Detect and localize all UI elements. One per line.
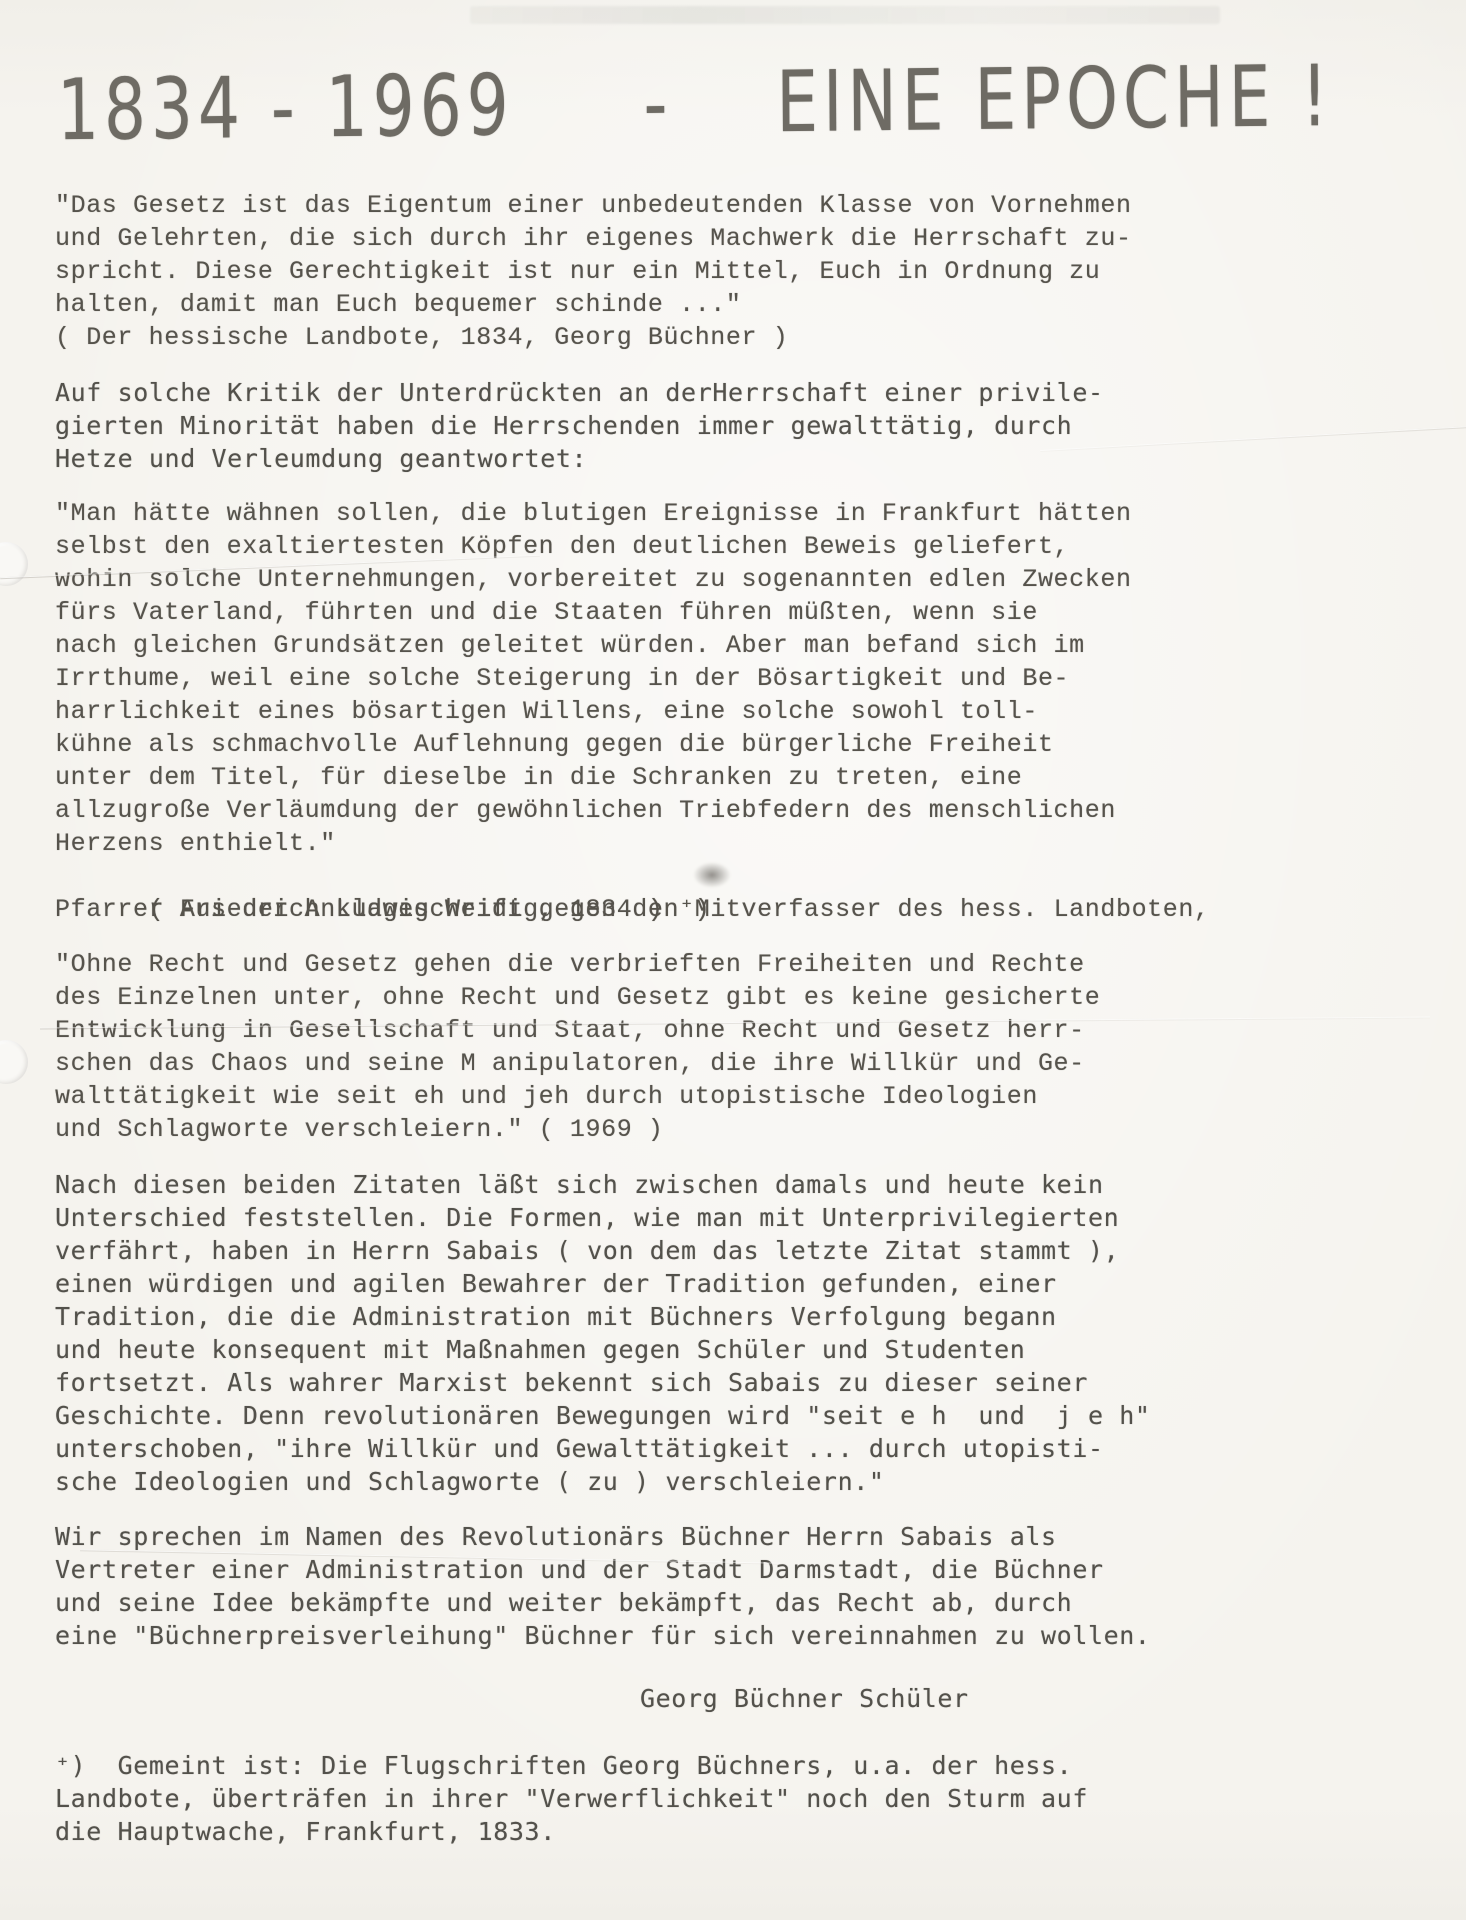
text-line: schen das Chaos und seine M anipulatoren… bbox=[55, 1047, 1411, 1080]
text-line: einen würdigen und agilen Bewahrer der T… bbox=[55, 1267, 1411, 1300]
text-line: Entwicklung in Gesellschaft und Staat, o… bbox=[55, 1014, 1411, 1047]
ink-smudge bbox=[693, 862, 731, 888]
text-line: selbst den exaltiertesten Köpfen den deu… bbox=[55, 530, 1411, 563]
text-line: sche Ideologien und Schlagworte ( zu ) v… bbox=[55, 1465, 1411, 1498]
text-line: ( Aus der Anklageschrift gegen den Mitve… bbox=[149, 895, 1210, 924]
punch-hole-bottom bbox=[0, 1040, 28, 1084]
paragraph-intro: Auf solche Kritik der Unterdrückten an d… bbox=[55, 376, 1411, 475]
paragraph-sabais-quote: "Ohne Recht und Gesetz gehen die verbrie… bbox=[55, 948, 1411, 1146]
text-line: halten, damit man Euch bequemer schinde … bbox=[55, 288, 1411, 321]
text-line: und heute konsequent mit Maßnahmen gegen… bbox=[55, 1333, 1411, 1366]
paragraph-buechner-quote: "Das Gesetz ist das Eigentum einer unbed… bbox=[55, 189, 1411, 354]
text-line: "Das Gesetz ist das Eigentum einer unbed… bbox=[55, 189, 1411, 222]
text-line: kühne als schmachvolle Auflehnung gegen … bbox=[55, 728, 1411, 761]
text-line: und Gelehrten, die sich durch ihr eigene… bbox=[55, 222, 1411, 255]
text-line: nach gleichen Grundsätzen geleitet würde… bbox=[55, 629, 1411, 662]
text-line: gierten Minorität haben die Herrschenden… bbox=[55, 409, 1411, 442]
signature: Georg Büchner Schüler bbox=[640, 1682, 1411, 1715]
text-line: Unterschied feststellen. Die Formen, wie… bbox=[55, 1201, 1411, 1234]
paragraph-anklageschrift-quote: "Man hätte wähnen sollen, die blutigen E… bbox=[55, 497, 1411, 926]
text-line: fürs Vaterland, führten und die Staaten … bbox=[55, 596, 1411, 629]
signature-text: Georg Büchner Schüler bbox=[640, 1682, 1411, 1715]
text-line: wohin solche Unternehmungen, vorbereitet… bbox=[55, 563, 1411, 596]
footnote: ⁺) Gemeint ist: Die Flugschriften Georg … bbox=[55, 1749, 1411, 1848]
text-line: Hetze und Verleumdung geantwortet: bbox=[55, 442, 1411, 475]
text-line: allzugroße Verläumdung der gewöhnlichen … bbox=[55, 794, 1411, 827]
text-line: spricht. Diese Gerechtigkeit ist nur ein… bbox=[55, 255, 1411, 288]
text-line: Nach diesen beiden Zitaten läßt sich zwi… bbox=[55, 1168, 1411, 1201]
text-line: eine "Büchnerpreisverleihung" Büchner fü… bbox=[55, 1619, 1411, 1652]
punch-hole-top bbox=[0, 542, 28, 586]
footnote-line: Landbote, überträfen in ihrer "Verwerfli… bbox=[55, 1782, 1411, 1815]
text-line: Wir sprechen im Namen des Revolutionärs … bbox=[55, 1520, 1411, 1553]
text-line: fortsetzt. Als wahrer Marxist bekennt si… bbox=[55, 1366, 1411, 1399]
text-line: Herzens enthielt." bbox=[55, 827, 1411, 860]
text-line: Auf solche Kritik der Unterdrückten an d… bbox=[55, 376, 1411, 409]
text-line: Geschichte. Denn revolutionären Bewegung… bbox=[55, 1399, 1411, 1432]
text-line: harrlichkeit eines bösartigen Willens, e… bbox=[55, 695, 1411, 728]
text-line: und Schlagworte verschleiern." ( 1969 ) bbox=[55, 1113, 1411, 1146]
footnote-line: ⁺) Gemeint ist: Die Flugschriften Georg … bbox=[55, 1749, 1411, 1782]
paragraph-comparison: Nach diesen beiden Zitaten läßt sich zwi… bbox=[55, 1168, 1411, 1498]
scan-artifact bbox=[470, 6, 1220, 24]
text-line: Irrthume, weil eine solche Steigerung in… bbox=[55, 662, 1411, 695]
scanned-page: 1834 - 1969 - EINE EPOCHE ! "Das Gesetz … bbox=[0, 0, 1466, 1920]
text-line: unterschoben, "ihre Willkür und Gewalttä… bbox=[55, 1432, 1411, 1465]
quote-attribution: ( Aus der Anklageschrift gegen den Mitve… bbox=[55, 860, 1411, 893]
text-line: des Einzelnen unter, ohne Recht und Gese… bbox=[55, 981, 1411, 1014]
text-line: walttätigkeit wie seit eh und jeh durch … bbox=[55, 1080, 1411, 1113]
text-line: "Ohne Recht und Gesetz gehen die verbrie… bbox=[55, 948, 1411, 981]
quote-attribution: ( Der hessische Landbote, 1834, Georg Bü… bbox=[55, 321, 1411, 354]
paragraph-declaration: Wir sprechen im Namen des Revolutionärs … bbox=[55, 1520, 1411, 1652]
text-line: "Man hätte wähnen sollen, die blutigen E… bbox=[55, 497, 1411, 530]
text-line: verfährt, haben in Herrn Sabais ( von de… bbox=[55, 1234, 1411, 1267]
footnote-line: die Hauptwache, Frankfurt, 1833. bbox=[55, 1815, 1411, 1848]
page-title: 1834 - 1969 - EINE EPOCHE ! bbox=[57, 46, 1412, 160]
text-line: Tradition, die die Administration mit Bü… bbox=[55, 1300, 1411, 1333]
text-line: unter dem Titel, für dieselbe in die Sch… bbox=[55, 761, 1411, 794]
text-line: und seine Idee bekämpfte und weiter bekä… bbox=[55, 1586, 1411, 1619]
text-line: Vertreter einer Administration und der S… bbox=[55, 1553, 1411, 1586]
